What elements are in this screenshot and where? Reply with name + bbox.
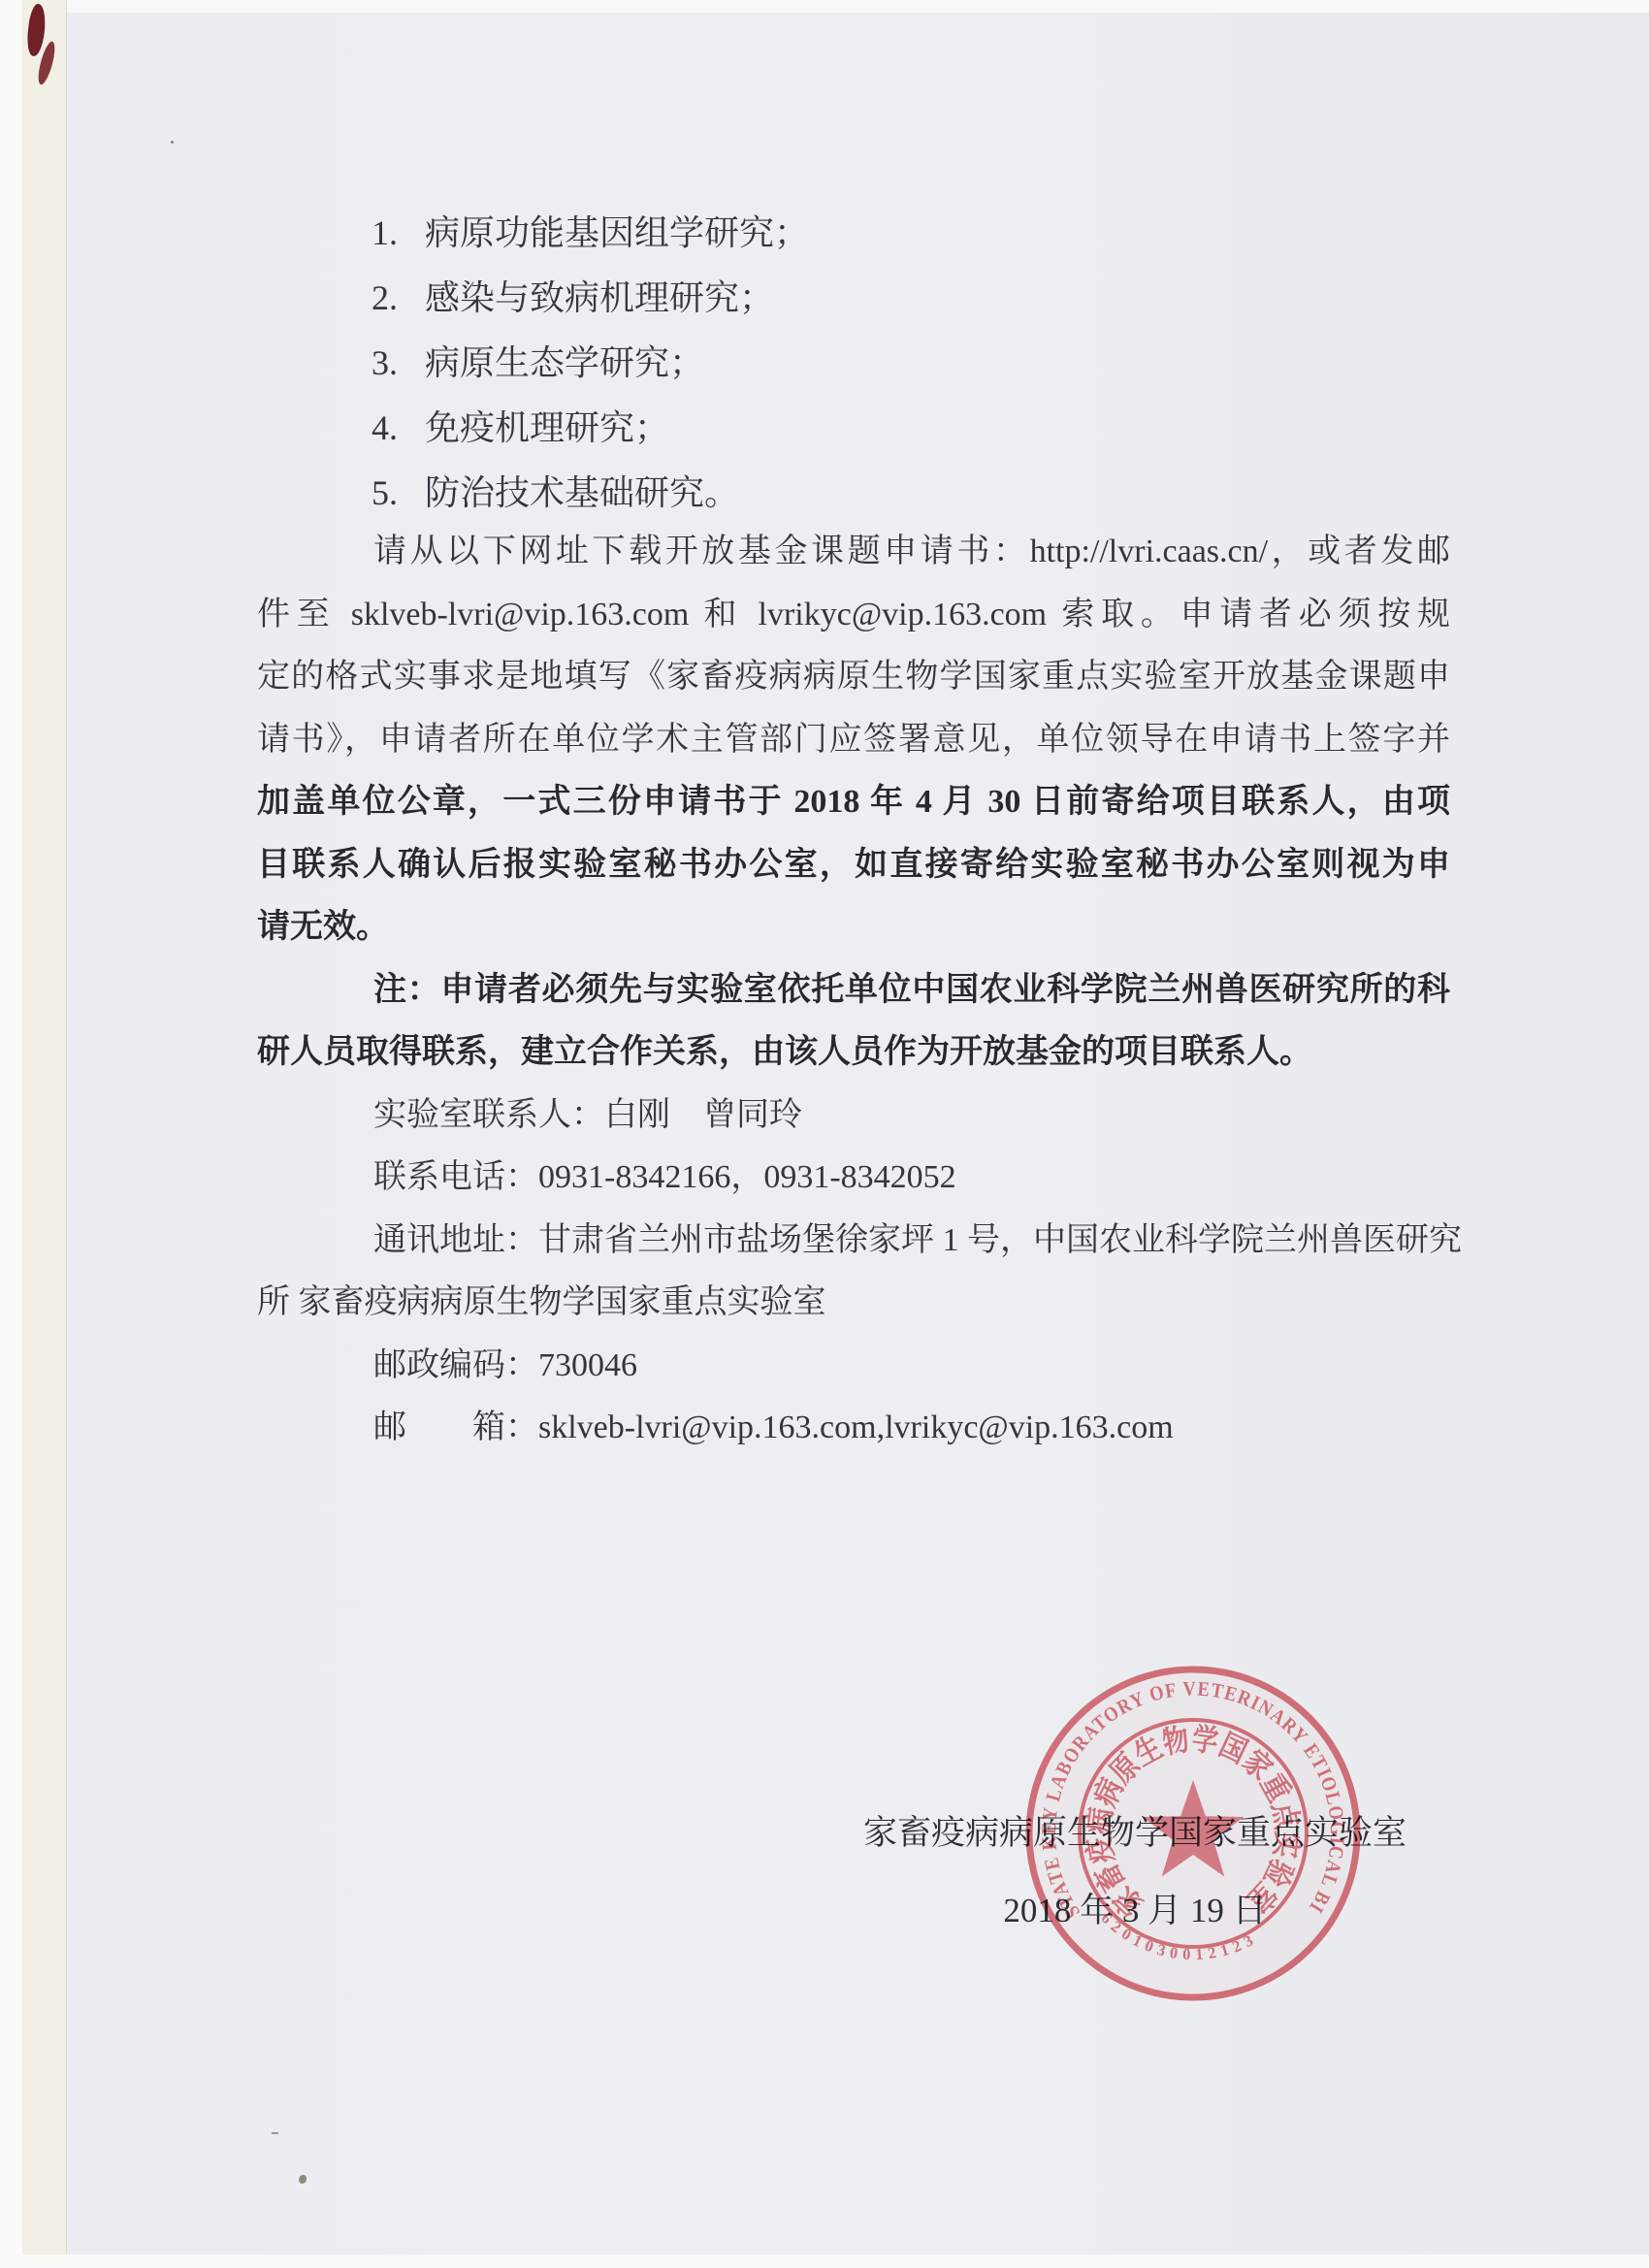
- list-item: 5.防治技术基础研究。: [372, 461, 809, 526]
- list-item-number: 5.: [372, 461, 398, 526]
- list-item-number: 4.: [372, 396, 398, 461]
- text-line: 件至 sklveb-lvri@vip.163.com 和 lvrikyc@vip…: [257, 584, 1450, 647]
- list-item: 2.感染与致病机理研究；: [372, 266, 809, 331]
- list-item-text: 病原功能基因组学研究；: [425, 213, 809, 252]
- paper-speck: [171, 141, 174, 144]
- text-line: 邮 箱：sklveb-lvri@vip.163.com,lvrikyc@vip.…: [257, 1397, 1450, 1460]
- list-item-number: 3.: [372, 331, 398, 396]
- text-line: 请书》，申请者所在单位学术主管部门应签署意见，单位领导在申请书上签字并: [257, 709, 1450, 772]
- list-item: 4.免疫机理研究；: [372, 396, 809, 461]
- paper-speck: [299, 2175, 307, 2184]
- text-line: 请无效。: [257, 896, 1450, 959]
- text-line: 实验室联系人：白刚 曾同玲: [257, 1085, 1450, 1148]
- research-topics-list: 1.病原功能基因组学研究；2.感染与致病机理研究；3.病原生态学研究；4.免疫机…: [372, 201, 809, 526]
- text-line: 加盖单位公章，一式三份申请书于 2018 年 4 月 30 日前寄给项目联系人，…: [257, 771, 1450, 834]
- text-line: 邮政编码：730046: [257, 1335, 1450, 1398]
- text-line: 注：申请者必须先与实验室依托单位中国农业科学院兰州兽医研究所的科: [257, 959, 1450, 1022]
- text-line: 通讯地址：甘肃省兰州市盐场堡徐家坪 1 号，中国农业科学院兰州兽医研究: [257, 1210, 1450, 1273]
- official-red-seal: STATE KEY LABORATORY OF VETERINARY ETIOL…: [1009, 1649, 1377, 2018]
- list-item-text: 防治技术基础研究。: [425, 473, 739, 512]
- text-line: 研人员取得联系，建立合作关系，由该人员作为开放基金的项目联系人。: [257, 1021, 1450, 1085]
- scanned-document-page: 1.病原功能基因组学研究；2.感染与致病机理研究；3.病原生态学研究；4.免疫机…: [0, 0, 1649, 2268]
- scan-edge-left-white: [0, 0, 22, 2268]
- list-item: 1.病原功能基因组学研究；: [372, 201, 809, 266]
- text-line: 联系电话：0931-8342166，0931-8342052: [257, 1147, 1450, 1210]
- text-line: 目联系人确认后报实验室秘书办公室，如直接寄给实验室秘书办公室则视为申: [257, 834, 1450, 897]
- list-item-number: 1.: [372, 201, 398, 266]
- scan-edge-bottom: [0, 2254, 1649, 2268]
- scan-edge-left-cream: [22, 0, 67, 2268]
- text-line: 请从以下网址下载开放基金课题申请书：http://lvri.caas.cn/，或…: [257, 521, 1450, 584]
- text-line: 所 家畜疫病病原生物学国家重点实验室: [257, 1272, 1450, 1335]
- list-item: 3.病原生态学研究；: [372, 331, 809, 396]
- body-text: 请从以下网址下载开放基金课题申请书：http://lvri.caas.cn/，或…: [257, 521, 1450, 1460]
- list-item-text: 感染与致病机理研究；: [425, 278, 774, 317]
- text-line: 定的格式实事求是地填写《家畜疫病病原生物学国家重点实验室开放基金课题申: [257, 646, 1450, 709]
- list-item-number: 2.: [372, 266, 398, 331]
- list-item-text: 免疫机理研究；: [425, 408, 669, 447]
- scan-edge-top: [0, 0, 1649, 13]
- list-item-text: 病原生态学研究；: [425, 343, 704, 382]
- paper-speck: [272, 2132, 278, 2134]
